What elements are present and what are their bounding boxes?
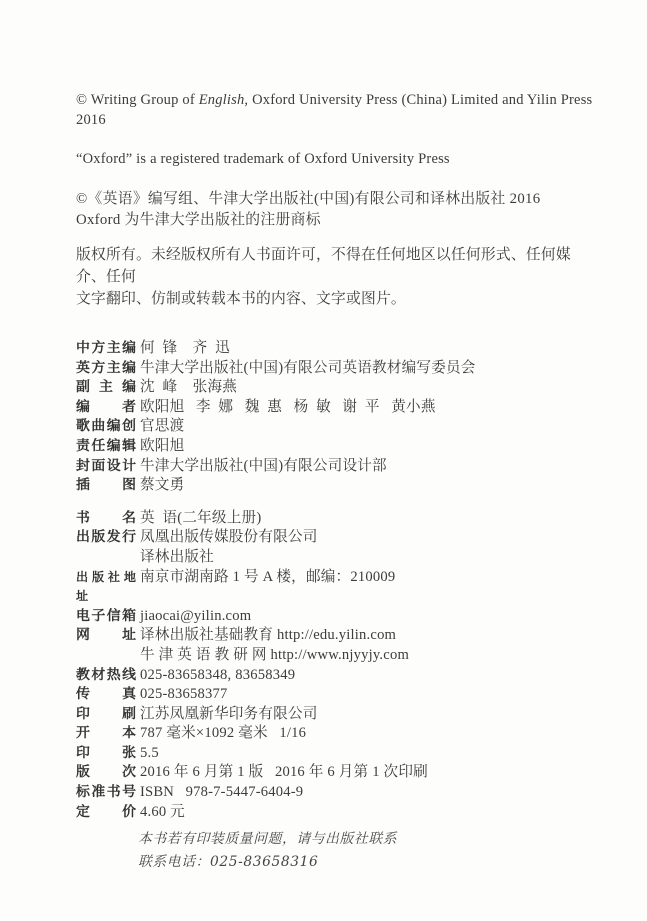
row-chief-editor-uk: 英方主编 牛津大学出版社(中国)有限公司英语教材编写委员会	[76, 359, 597, 379]
row-value: 英 语(二年级上册)	[140, 509, 261, 529]
quality-notice-line-2: 联系电话：025-83658316	[138, 851, 597, 874]
row-value: 牛津大学出版社(中国)有限公司设计部	[140, 457, 387, 477]
english-copyright-prefix: © Writing Group of	[76, 92, 199, 108]
row-label: 开本	[76, 724, 136, 744]
row-label: 标准书号	[76, 783, 136, 803]
row-illustration: 插图 蔡文勇	[76, 476, 597, 496]
row-publisher-continued: 译林出版社	[76, 548, 597, 568]
row-isbn: 标准书号 ISBN 978-7-5447-6404-9	[76, 783, 597, 803]
row-label: 英方主编	[76, 359, 136, 379]
row-fax: 传真 025-83658377	[76, 685, 597, 705]
english-copyright-line: © Writing Group of English, Oxford Unive…	[76, 90, 597, 130]
row-label: 编者	[76, 398, 136, 418]
row-label: 印刷	[76, 705, 136, 725]
row-label: 网址	[76, 626, 136, 646]
row-label: 出版社地址	[76, 568, 136, 607]
row-label: 副主编	[76, 378, 136, 398]
chinese-copyright-line: ©《英语》编写组、牛津大学出版社(中国)有限公司和译林出版社 2016	[76, 189, 597, 210]
row-label: 插图	[76, 476, 136, 496]
row-label: 版次	[76, 763, 136, 783]
row-deputy-editor: 副主编 沈 峰 张海燕	[76, 378, 597, 398]
english-copyright-block: © Writing Group of English, Oxford Unive…	[76, 90, 597, 169]
row-label: 电子信箱	[76, 607, 136, 627]
row-label: 印张	[76, 744, 136, 764]
row-label: 传真	[76, 685, 136, 705]
row-label: 中方主编	[76, 339, 136, 359]
row-price: 定价 4.60 元	[76, 803, 597, 823]
row-value: 江苏凤凰新华印务有限公司	[140, 705, 318, 725]
row-publisher: 出版发行 凤凰出版传媒股份有限公司	[76, 528, 597, 548]
row-publisher-address: 出版社地址 南京市湖南路 1 号 A 楼，邮编：210009	[76, 568, 597, 607]
row-edition: 版次 2016 年 6 月第 1 版 2016 年 6 月第 1 次印刷	[76, 763, 597, 783]
row-printer: 印刷 江苏凤凰新华印务有限公司	[76, 705, 597, 725]
row-label: 书名	[76, 509, 136, 529]
row-email: 电子信箱 jiaocai@yilin.com	[76, 607, 597, 627]
rights-statement: 版权所有。未经版权所有人书面许可，不得在任何地区以任何形式、任何媒介、任何 文字…	[76, 244, 597, 310]
row-value: 官思渡	[140, 417, 184, 437]
row-label: 歌曲编创	[76, 417, 136, 437]
row-value: 译林出版社	[140, 548, 214, 568]
row-value: 4.60 元	[140, 803, 185, 823]
row-value: 何 锋 齐 迅	[140, 339, 230, 359]
row-value: 牛津大学出版社(中国)有限公司英语教材编写委员会	[140, 359, 476, 379]
row-value: 欧阳旭 李 娜 魏 惠 杨 敏 谢 平 黄小燕	[140, 398, 436, 418]
row-value: 蔡文勇	[140, 476, 184, 496]
row-value: 南京市湖南路 1 号 A 楼，邮编：210009	[140, 568, 395, 588]
row-value: 5.5	[140, 744, 159, 764]
row-value: 牛 津 英 语 教 研 网 http://www.njyyjy.com	[140, 646, 409, 666]
quality-notice: 本书若有印装质量问题，请与出版社联系 联系电话：025-83658316	[76, 828, 597, 873]
rights-line-2: 文字翻印、仿制或转载本书的内容、文字或图片。	[76, 288, 597, 310]
row-label: 封面设计	[76, 457, 136, 477]
row-textbook-hotline: 教材热线 025-83658348, 83658349	[76, 666, 597, 686]
row-value: jiaocai@yilin.com	[140, 607, 251, 627]
credits-list: 中方主编 何 锋 齐 迅 英方主编 牛津大学出版社(中国)有限公司英语教材编写委…	[76, 339, 597, 496]
row-sheets: 印张 5.5	[76, 744, 597, 764]
row-label: 教材热线	[76, 666, 136, 686]
row-responsible-editor: 责任编辑 欧阳旭	[76, 437, 597, 457]
row-value: 沈 峰 张海燕	[140, 378, 237, 398]
row-book-title: 书名 英 语(二年级上册)	[76, 509, 597, 529]
row-label: 责任编辑	[76, 437, 136, 457]
row-cover-design: 封面设计 牛津大学出版社(中国)有限公司设计部	[76, 457, 597, 477]
chinese-copyright-block: ©《英语》编写组、牛津大学出版社(中国)有限公司和译林出版社 2016 Oxfo…	[76, 189, 597, 231]
row-value: 787 毫米×1092 毫米 1/16	[140, 724, 306, 744]
row-value: 025-83658348, 83658349	[140, 666, 295, 686]
colophon-page: © Writing Group of English, Oxford Unive…	[0, 0, 647, 921]
row-value: ISBN 978-7-5447-6404-9	[140, 783, 303, 803]
row-label: 定价	[76, 803, 136, 823]
row-value: 2016 年 6 月第 1 版 2016 年 6 月第 1 次印刷	[140, 763, 428, 783]
row-value: 凤凰出版传媒股份有限公司	[140, 528, 318, 548]
row-chief-editor-cn: 中方主编 何 锋 齐 迅	[76, 339, 597, 359]
row-song-composer: 歌曲编创 官思渡	[76, 417, 597, 437]
row-editors: 编者 欧阳旭 李 娜 魏 惠 杨 敏 谢 平 黄小燕	[76, 398, 597, 418]
row-format: 开本 787 毫米×1092 毫米 1/16	[76, 724, 597, 744]
row-value: 025-83658377	[140, 685, 228, 705]
rights-line-1: 版权所有。未经版权所有人书面许可，不得在任何地区以任何形式、任何媒介、任何	[76, 244, 597, 288]
publication-info-list: 书名 英 语(二年级上册) 出版发行 凤凰出版传媒股份有限公司 译林出版社 出版…	[76, 509, 597, 823]
book-title-english: English	[199, 92, 245, 108]
row-value: 译林出版社基础教育 http://edu.yilin.com	[140, 626, 396, 646]
row-website: 网址 译林出版社基础教育 http://edu.yilin.com	[76, 626, 597, 646]
row-website-continued: 牛 津 英 语 教 研 网 http://www.njyyjy.com	[76, 646, 597, 666]
trademark-statement-en: “Oxford” is a registered trademark of Ox…	[76, 149, 597, 169]
trademark-statement-cn: Oxford 为牛津大学出版社的注册商标	[76, 210, 597, 231]
row-value: 欧阳旭	[140, 437, 184, 457]
quality-notice-line-1: 本书若有印装质量问题，请与出版社联系	[138, 828, 597, 851]
row-label: 出版发行	[76, 528, 136, 548]
